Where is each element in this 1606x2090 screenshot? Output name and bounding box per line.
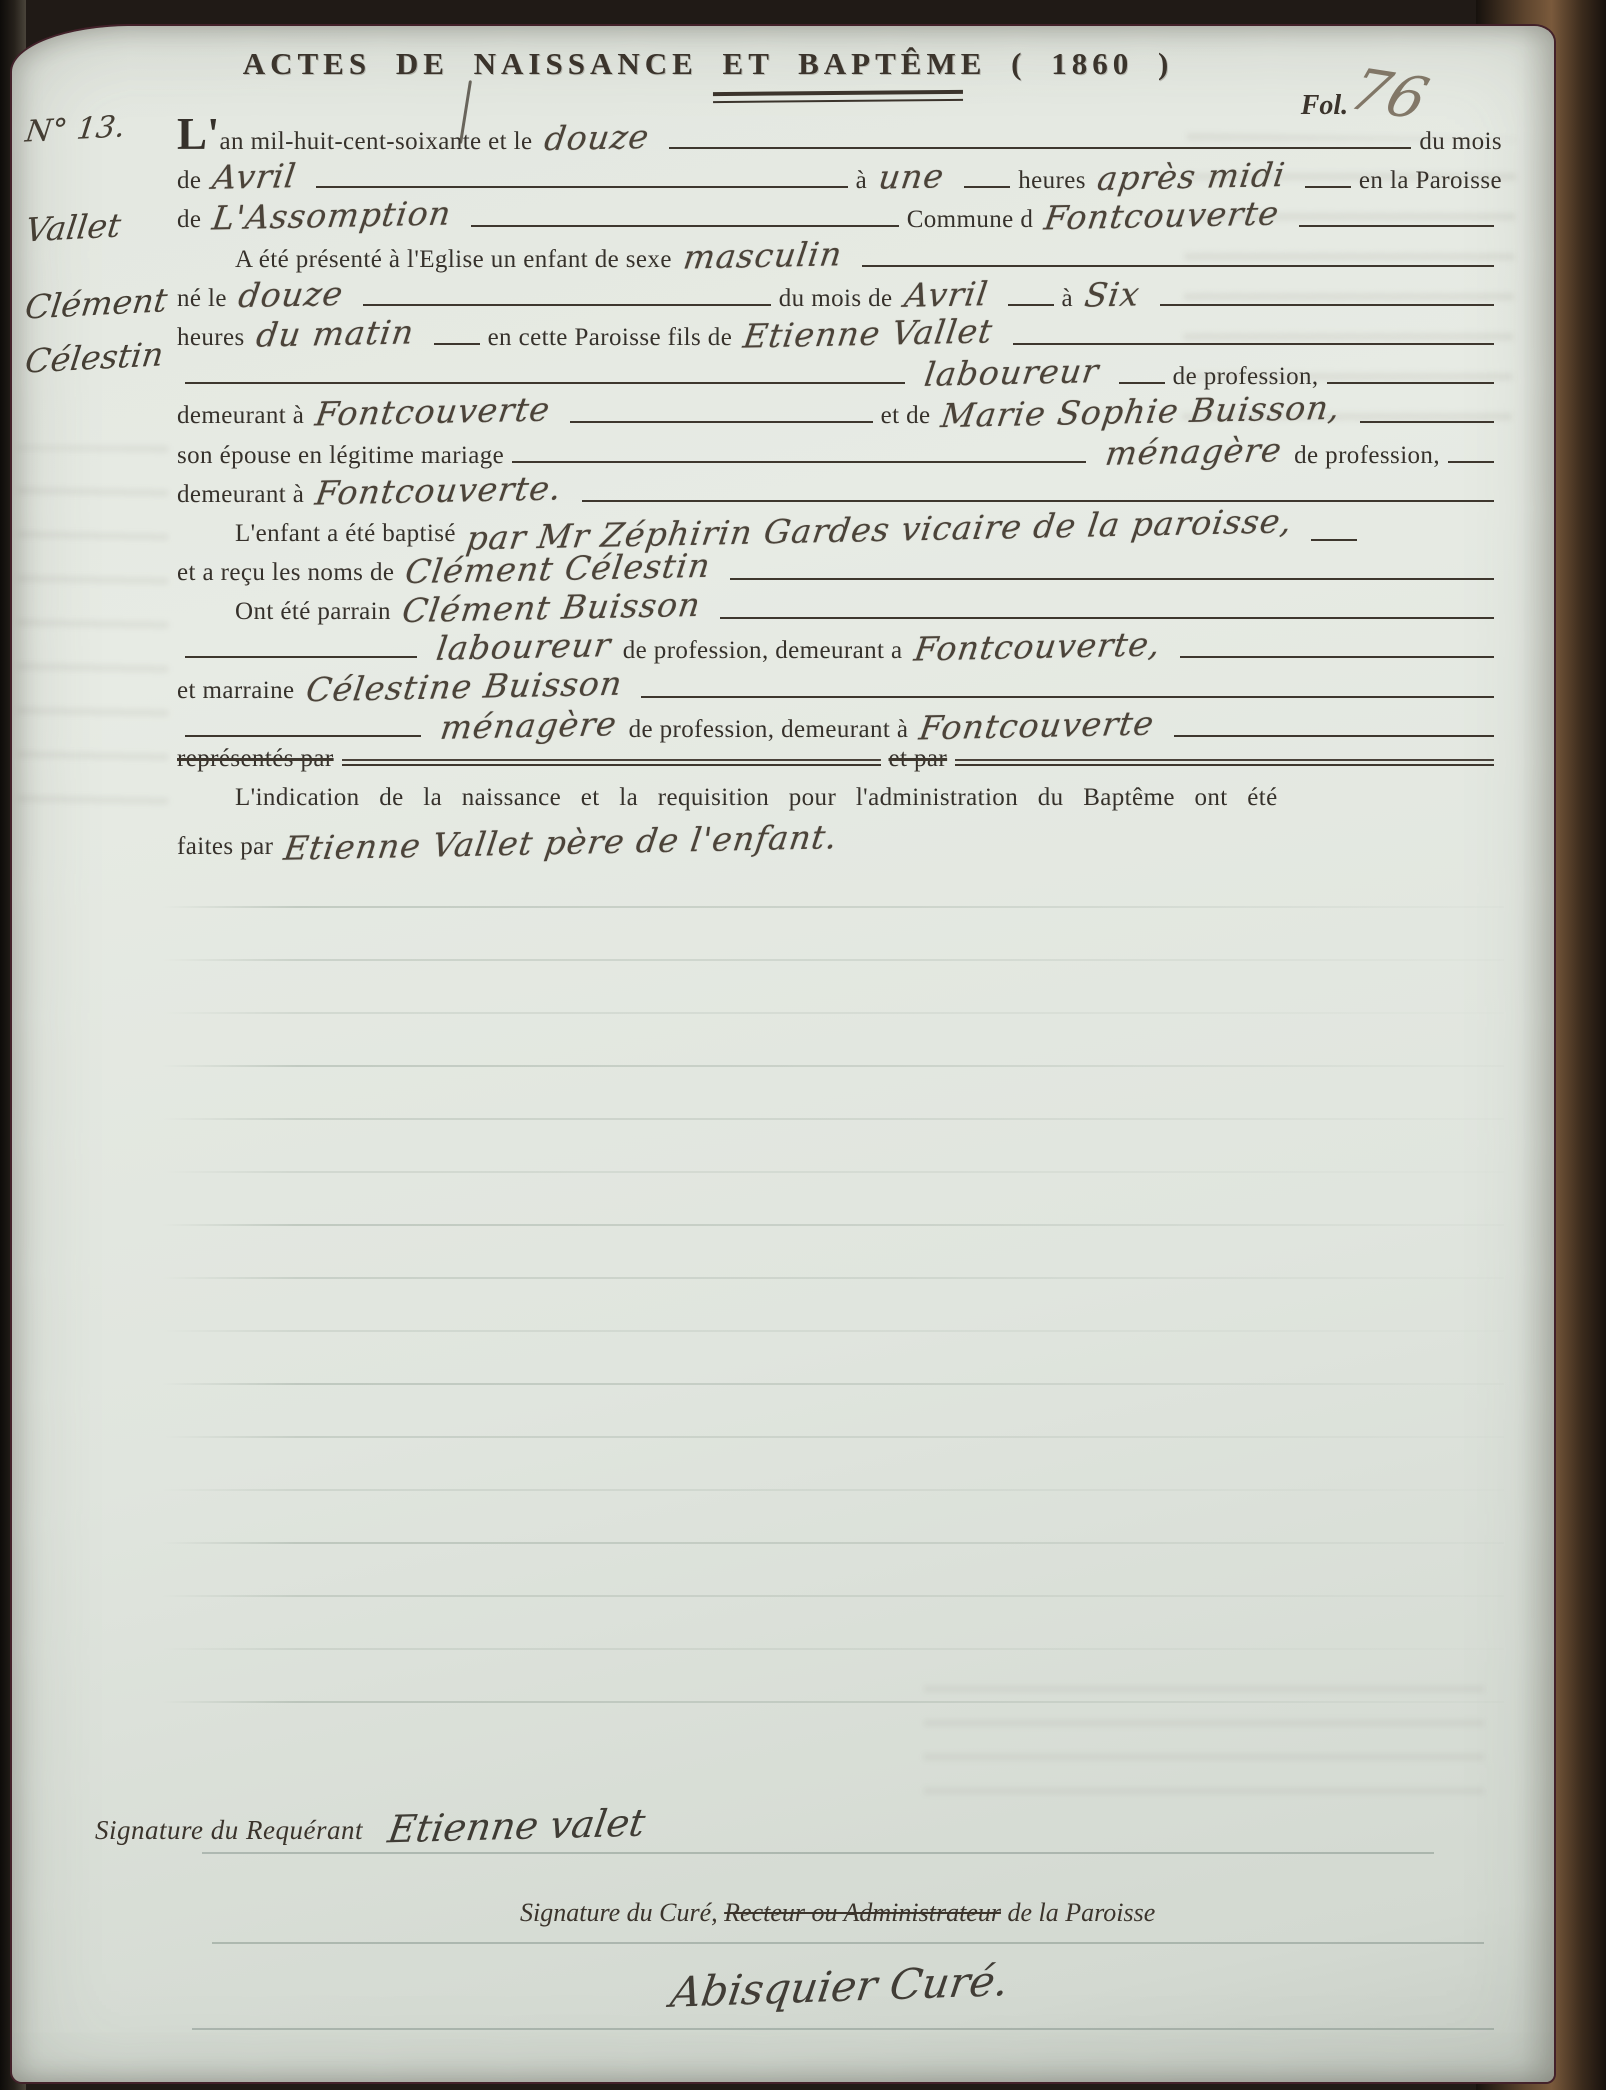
form-line: son épouse en légitime mariageménagèrede… xyxy=(177,432,1502,471)
blank-ruled-area xyxy=(162,906,1504,1746)
handwritten-text: Etienne Vallet père de l'enfant. xyxy=(282,818,841,869)
cure-signature-label: Signature du Curé, Recteur ou Administra… xyxy=(520,1898,1155,1928)
fill-dash xyxy=(1448,454,1494,463)
fill-rule xyxy=(363,297,771,306)
handwritten-text: Fontcouverte xyxy=(313,390,553,434)
handwritten-text: ménagère xyxy=(438,704,620,747)
handwritten-text: masculin xyxy=(681,234,845,276)
requerant-signature-handwriting: Etienne valet xyxy=(385,1801,648,1852)
printed-text: de profession, demeurant a xyxy=(623,637,903,665)
fill-rule xyxy=(185,728,421,737)
fill-dash xyxy=(1119,375,1165,384)
fill-rule xyxy=(862,258,1494,267)
ruled-line xyxy=(162,1065,1504,1067)
ruled-line xyxy=(162,906,1504,908)
title-text: ACTES DE NAISSANCE ET BAPTÊME xyxy=(243,46,987,81)
title-underline xyxy=(713,90,963,103)
fill-rule xyxy=(185,649,417,658)
handwritten-text: Fontcouverte xyxy=(917,703,1157,747)
handwritten-text: Marie Sophie Buisson, xyxy=(939,388,1343,435)
printed-text: et marraine xyxy=(177,677,295,705)
fill-rule xyxy=(720,610,1494,619)
printed-text: du mois de xyxy=(779,285,893,313)
form-line: heuresdu matinen cette Paroisse fils deE… xyxy=(177,314,1502,353)
form-line: deAvrilàuneheuresaprès midien la Paroiss… xyxy=(177,157,1502,196)
cure-label-struck-part: Recteur ou Administrateur xyxy=(724,1898,1001,1927)
act-number: N° 13. xyxy=(23,109,127,149)
fill-rule xyxy=(641,689,1494,698)
printed-text: heures xyxy=(177,324,245,352)
printed-text: de xyxy=(177,167,201,195)
handwritten-text: Fontcouverte xyxy=(1042,194,1282,238)
handwritten-text: du matin xyxy=(254,312,417,354)
printed-text: an mil-huit-cent-soixante et le xyxy=(220,128,533,156)
ruled-line xyxy=(162,1542,1504,1544)
printed-text-struck: et par xyxy=(889,745,948,773)
ruled-line xyxy=(162,1012,1504,1014)
printed-text: né le xyxy=(177,285,227,313)
fill-rule xyxy=(1299,218,1494,227)
printed-text: en cette Paroisse fils de xyxy=(488,324,733,352)
handwritten-text: Avril xyxy=(902,274,991,315)
form-line: deL'AssomptionCommune dFontcouverte xyxy=(177,196,1502,235)
form-line: représentés paret par xyxy=(177,745,1502,784)
fill-rule xyxy=(582,493,1494,502)
margin-surname: Vallet xyxy=(23,206,123,250)
fill-rule xyxy=(1327,375,1494,384)
fill-rule xyxy=(1360,414,1494,423)
printed-text: en la Paroisse xyxy=(1359,167,1502,195)
printed-text: L'enfant a été baptisé xyxy=(235,520,456,548)
form-line: L'an mil-huit-cent-soixante et ledouzedu… xyxy=(177,118,1502,157)
form-line: laboureurde profession, demeurant aFontc… xyxy=(177,627,1502,666)
fill-dash xyxy=(1311,532,1357,541)
printed-text: Ont été parrain xyxy=(235,598,391,626)
fill-rule xyxy=(342,757,881,766)
requerant-signature-row: Signature du Requérant Etienne valet xyxy=(95,1804,644,1848)
printed-text: demeurant à xyxy=(177,481,304,509)
printed-text: de profession, demeurant à xyxy=(629,716,909,744)
printed-text: Commune d xyxy=(907,206,1034,234)
ruled-line xyxy=(162,959,1504,961)
handwritten-text: douze xyxy=(542,117,652,158)
printed-text: de profession, xyxy=(1294,442,1440,470)
printed-text: de profession, xyxy=(1173,363,1319,391)
fill-rule xyxy=(316,179,847,188)
ruled-line xyxy=(162,1436,1504,1438)
handwritten-text: Six xyxy=(1082,274,1142,314)
signature-line xyxy=(202,1852,1434,1854)
form-line: A été présenté à l'Eglise un enfant de s… xyxy=(177,236,1502,275)
ruled-line xyxy=(162,1383,1504,1385)
printed-text: à xyxy=(1062,285,1074,313)
printed-text-struck: représentés par xyxy=(177,745,334,773)
form-line: demeurant àFontcouverte. xyxy=(177,471,1502,510)
margin-firstname-2: Célestin xyxy=(23,334,166,380)
handwritten-text: Célestine Buisson xyxy=(303,663,624,709)
act-body-text: L'an mil-huit-cent-soixante et ledouzedu… xyxy=(177,118,1502,863)
fill-rule xyxy=(1174,728,1494,737)
fill-rule xyxy=(730,571,1494,580)
printed-text: son épouse en légitime mariage xyxy=(177,442,504,470)
printed-text: du mois xyxy=(1419,128,1502,156)
handwritten-text: L'Assomption xyxy=(210,194,454,238)
ruled-line xyxy=(162,1118,1504,1120)
form-line: Ont été parrainClément Buisson xyxy=(177,588,1502,627)
handwritten-text: Clément Buisson xyxy=(400,585,703,630)
printed-text: et a reçu les noms de xyxy=(177,559,394,587)
fill-rule xyxy=(1160,297,1494,306)
form-line: né ledouzedu mois deAvrilàSix xyxy=(177,275,1502,314)
handwritten-text: Etienne Vallet xyxy=(741,311,995,355)
ruled-line xyxy=(162,1648,1504,1650)
fill-rule xyxy=(570,414,872,423)
fill-rule xyxy=(955,757,1494,766)
handwritten-text: une xyxy=(876,157,947,197)
printed-text: faites par xyxy=(177,833,273,861)
fill-rule xyxy=(185,375,905,384)
form-line: laboureurde profession, xyxy=(177,353,1502,392)
printed-text: à xyxy=(856,167,868,195)
ruled-line xyxy=(162,1595,1504,1597)
form-line: L'enfant a été baptisépar Mr Zéphirin Ga… xyxy=(177,510,1502,549)
page-title: ACTES DE NAISSANCE ET BAPTÊME ( 1860 ) xyxy=(243,46,1174,81)
cure-label-suffix: de la Paroisse xyxy=(1001,1898,1155,1927)
fill-rule xyxy=(669,140,1412,149)
handwritten-text: Fontcouverte, xyxy=(911,625,1162,669)
form-line: demeurant àFontcouverteet deMarie Sophie… xyxy=(177,392,1502,431)
handwritten-text: Avril xyxy=(211,156,300,197)
form-line: ménagèrede profession, demeurant àFontco… xyxy=(177,706,1502,745)
handwritten-text: laboureur xyxy=(434,626,614,669)
fill-dash xyxy=(964,179,1010,188)
fill-rule xyxy=(1180,649,1494,658)
ruled-line xyxy=(162,1701,1504,1703)
title-year: ( 1860 ) xyxy=(1011,46,1173,81)
form-line: et a reçu les noms deClément Célestin xyxy=(177,549,1502,588)
requerant-signature-label: Signature du Requérant xyxy=(95,1815,363,1846)
fill-rule xyxy=(1013,336,1494,345)
ruled-line xyxy=(162,1171,1504,1173)
signature-line xyxy=(192,2028,1494,2030)
cure-signature-handwriting: Abisquier Curé. xyxy=(668,1956,1012,2017)
cure-label-prefix: Signature du Curé, xyxy=(520,1898,724,1927)
title-block: ACTES DE NAISSANCE ET BAPTÊME ( 1860 ) xyxy=(243,46,1174,102)
handwritten-text: douze xyxy=(236,274,346,315)
ruled-line xyxy=(162,1277,1504,1279)
fill-rule xyxy=(471,218,898,227)
printed-text: L'indication de la naissance et la requi… xyxy=(235,784,1278,812)
ink-bleed-through xyxy=(18,446,168,826)
fill-dash xyxy=(1008,297,1054,306)
signature-line xyxy=(212,1942,1484,1944)
printed-text: A été présenté à l'Eglise un enfant de s… xyxy=(235,246,672,274)
printed-text: de xyxy=(177,206,201,234)
form-line: faites parEtienne Vallet père de l'enfan… xyxy=(177,823,1502,862)
handwritten-text: après midi xyxy=(1095,155,1288,198)
ruled-line xyxy=(162,1224,1504,1226)
ruled-line xyxy=(162,1489,1504,1491)
printed-text: et de xyxy=(881,402,931,430)
handwritten-text: laboureur xyxy=(922,351,1102,394)
printed-text: heures xyxy=(1018,167,1086,195)
handwritten-text: Fontcouverte. xyxy=(313,468,564,512)
ruled-line xyxy=(162,1330,1504,1332)
printed-text: demeurant à xyxy=(177,402,304,430)
fill-rule xyxy=(512,454,1086,463)
handwritten-text: Clément Célestin xyxy=(403,546,713,591)
handwritten-text: ménagère xyxy=(1103,430,1285,473)
form-line: et marraineCélestine Buisson xyxy=(177,667,1502,706)
margin-firstname-1: Clément xyxy=(23,280,170,326)
fill-dash xyxy=(1305,179,1351,188)
fill-dash xyxy=(434,336,480,345)
register-page: ACTES DE NAISSANCE ET BAPTÊME ( 1860 ) F… xyxy=(12,26,1554,2082)
